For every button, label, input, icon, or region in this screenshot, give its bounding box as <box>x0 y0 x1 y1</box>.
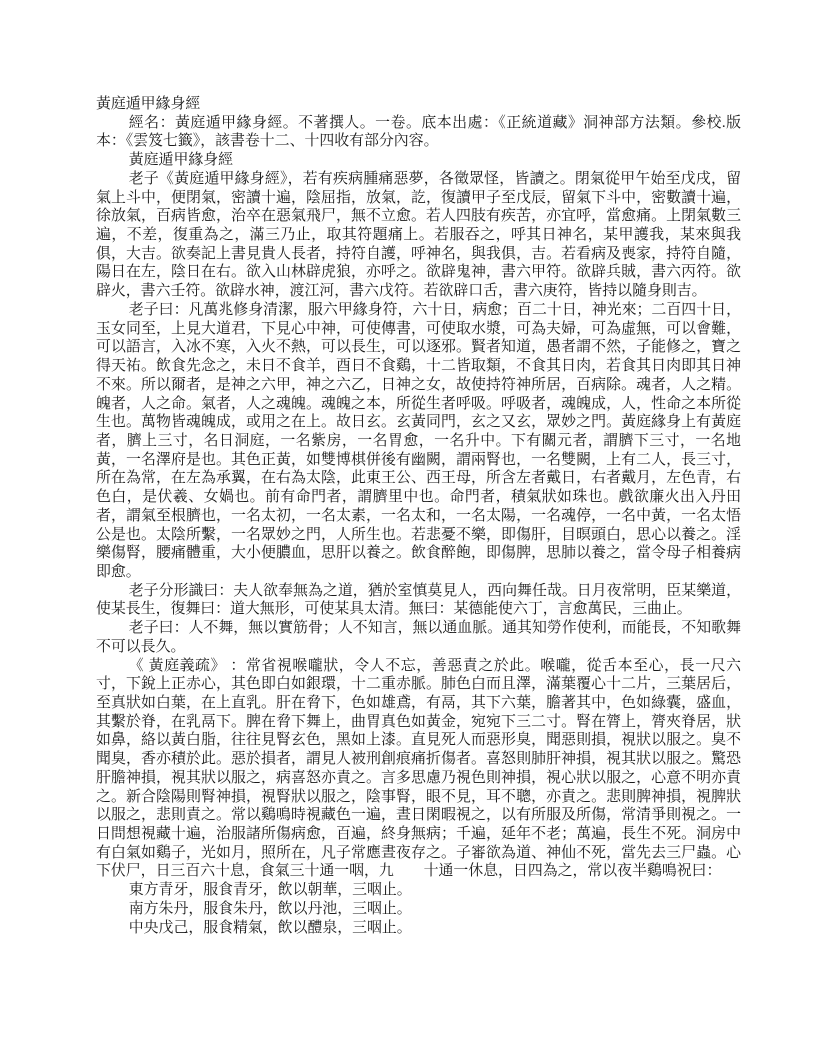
paragraph: 南方朱丹，服食朱丹，飲以丹池，三咽止。 <box>96 900 741 919</box>
paragraph: 老子分形識曰：夫人欲奉無為之道，猶於室慎莫見人，西向舞任哉。日月夜常明，臣某樂道… <box>96 582 741 619</box>
document-body: 黃庭遁甲緣身經經名：黃庭遁甲緣身經。不著撰人。一卷。底本出處：《正統道藏》洞神部… <box>96 95 741 937</box>
paragraph: 東方青牙，服食青牙，飲以朝華，三咽止。 <box>96 881 741 900</box>
paragraph: 《 黃庭義疏》 ：常省視喉嚨狀，令人不忘，善惡責之於此。喉嚨，從舌本至心，長一尺… <box>96 657 741 882</box>
document-page: 黃庭遁甲緣身經經名：黃庭遁甲緣身經。不著撰人。一卷。底本出處：《正統道藏》洞神部… <box>96 95 741 937</box>
document-title: 黃庭遁甲緣身經 <box>96 95 741 114</box>
paragraph: 老子《黃庭遁甲緣身經》，若有疾病腫痛惡夢，各徵眾怪，皆讀之。閉氣從甲午始至戊戌，… <box>96 170 741 301</box>
paragraph: 老子曰：人不舞，無以實筋骨；人不知言，無以通血脈。通其知勞作使利，而能長，不知歌… <box>96 619 741 656</box>
paragraph: 老子曰：凡萬兆修身清潔，服六甲緣身符，六十日，病愈；百二十日，神光來；二百四十日… <box>96 301 741 582</box>
paragraph: 黃庭遁甲緣身經 <box>96 151 741 170</box>
paragraph: 經名：黃庭遁甲緣身經。不著撰人。一卷。底本出處：《正統道藏》洞神部方法類。參校.… <box>96 114 741 151</box>
paragraph: 中央戊己，服食精氣，飲以醴泉，三咽止。 <box>96 919 741 938</box>
